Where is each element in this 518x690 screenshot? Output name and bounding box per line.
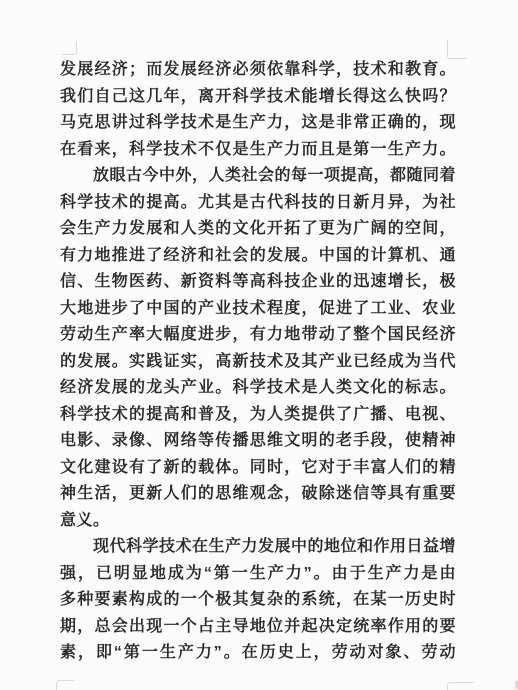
scan-corner-mark-top-left xyxy=(62,42,77,55)
text-line: 多种要素构成的一个极其复杂的系统，在某一历史时 xyxy=(60,587,456,614)
text-line: 发展经济；而发展经济必须依靠科学，技术和教育。 xyxy=(60,57,456,84)
text-line: 文化建设有了新的载体。同时，它对于丰富人们的精 xyxy=(60,455,456,482)
text-line: 我们自己这几年，离开科学技术能增长得这么快吗？ xyxy=(60,84,456,111)
document-text: 发展经济；而发展经济必须依靠科学，技术和教育。我们自己这几年，离开科学技术能增长… xyxy=(60,57,456,667)
text-line: 有力地推进了经济和社会的发展。中国的计算机、通 xyxy=(60,243,456,270)
text-line: 现代科学技术在生产力发展中的地位和作用日益增 xyxy=(60,534,456,561)
text-line: 神生活，更新人们的思维观念，破除迷信等具有重要 xyxy=(60,481,456,508)
text-line: 科学技术的提高。尤其是古代科技的日新月异，为社 xyxy=(60,190,456,217)
text-line: 在看来，科学技术不仅是生产力而且是第一生产力。 xyxy=(60,137,456,164)
scan-corner-mark-bottom-right xyxy=(447,682,474,690)
text-line: 经济发展的龙头产业。科学技术是人类文化的标志。 xyxy=(60,375,456,402)
text-line: 素，即“第一生产力”。在历史上，劳动对象、劳动 xyxy=(60,640,456,667)
text-line: 强，已明显地成为“第一生产力”。由于生产力是由 xyxy=(60,561,456,588)
text-line: 科学技术的提高和普及，为人类提供了广播、电视、 xyxy=(60,402,456,429)
text-line: 意义。 xyxy=(60,508,456,535)
text-line: 信、生物医药、新资料等高科技企业的迅速增长，极 xyxy=(60,269,456,296)
text-line: 大地进步了中国的产业技术程度，促进了工业、农业 xyxy=(60,296,456,323)
text-line: 马克思讲过科学技术是生产力，这是非常正确的，现 xyxy=(60,110,456,137)
text-line: 电影、录像、网络等传播思维文明的老手段，使精神 xyxy=(60,428,456,455)
text-line: 期，总会出现一个占主导地位并起决定统率作用的要 xyxy=(60,614,456,641)
text-line: 的发展。实践证实，高新技术及其产业已经成为当代 xyxy=(60,349,456,376)
scan-corner-mark-bottom-left xyxy=(56,680,74,690)
text-line: 放眼古今中外，人类社会的每一项提高，都随同着 xyxy=(60,163,456,190)
text-line: 会生产力发展和人类的文化开拓了更为广阔的空间， xyxy=(60,216,456,243)
scanned-page: 发展经济；而发展经济必须依靠科学，技术和教育。我们自己这几年，离开科学技术能增长… xyxy=(0,0,518,690)
text-line: 劳动生产率大幅度进步，有力地带动了整个国民经济 xyxy=(60,322,456,349)
